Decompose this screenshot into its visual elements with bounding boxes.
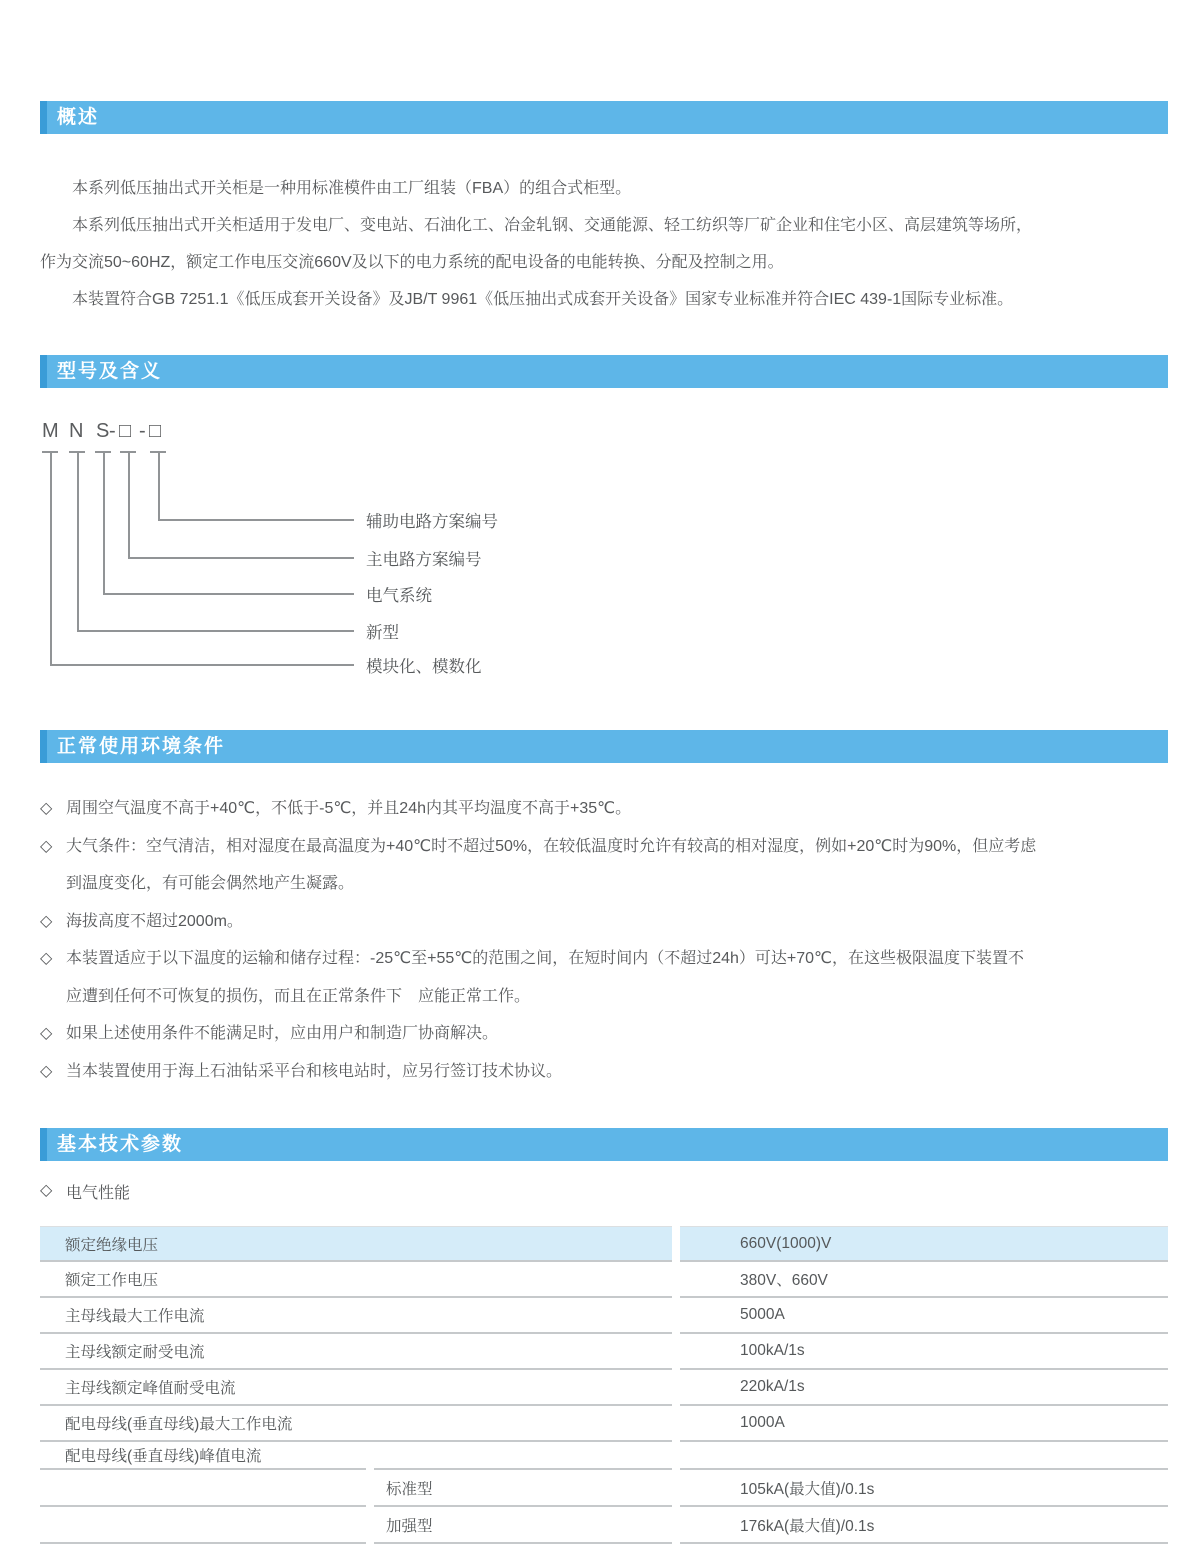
model-label-new-type: 新型 <box>366 619 399 643</box>
param-subtype: 加强型 <box>374 1507 672 1544</box>
table-row: 额定工作电压 380V、660V <box>40 1262 1168 1298</box>
table-row: 主母线最大工作电流 5000A <box>40 1298 1168 1334</box>
paragraph-line: 本系列低压抽出式开关柜是一种用标准模件由工厂组装（FBA）的组合式柜型。 <box>40 170 1165 207</box>
param-label: 主母线额定耐受电流 <box>40 1334 672 1370</box>
header-accent-stripe <box>40 101 47 134</box>
section-title-overview: 概述 <box>57 101 99 134</box>
diamond-bullet-icon: ◇ <box>40 1180 66 1203</box>
header-accent-stripe <box>40 730 47 763</box>
param-value: 105kA(最大值)/0.1s <box>680 1470 1168 1507</box>
electrical-performance-subtitle: ◇ 电气性能 <box>40 1180 130 1203</box>
table-row: 主母线额定峰值耐受电流 220kA/1s <box>40 1370 1168 1406</box>
table-row: 主母线额定耐受电流 100kA/1s <box>40 1334 1168 1370</box>
model-code-char: M <box>42 420 59 443</box>
bullet-text: 当本装置使用于海上石油钻采平台和核电站时，应另行签订技术协议。 <box>66 1053 1167 1091</box>
section-title-parameters: 基本技术参数 <box>57 1128 183 1161</box>
subtitle-text: 电气性能 <box>66 1180 130 1203</box>
param-label <box>40 1470 366 1507</box>
table-row: 配电母线(垂直母线)峰值电流 <box>40 1442 1168 1470</box>
param-label: 额定工作电压 <box>40 1262 672 1298</box>
model-code-char: □ <box>119 420 131 443</box>
env-condition-item: ◇ 如果上述使用条件不能满足时，应由用户和制造厂协商解决。 <box>40 1015 1167 1053</box>
bullet-text: 大气条件：空气清洁，相对湿度在最高温度为+40℃时不超过50%，在较低温度时允许… <box>66 828 1167 866</box>
environment-conditions-list: ◇ 周围空气温度不高于+40℃，不低于-5℃，并且24h内其平均温度不高于+35… <box>40 790 1167 1090</box>
env-condition-item: ◇ 周围空气温度不高于+40℃，不低于-5℃，并且24h内其平均温度不高于+35… <box>40 790 1167 828</box>
bullet-text: 周围空气温度不高于+40℃，不低于-5℃，并且24h内其平均温度不高于+35℃。 <box>66 790 1167 828</box>
header-accent-stripe <box>40 355 47 388</box>
model-label-main-circuit: 主电路方案编号 <box>366 546 482 570</box>
header-accent-stripe <box>40 1128 47 1161</box>
section-header-model: 型号及含义 <box>40 355 1168 388</box>
table-row: 加强型 176kA(最大值)/0.1s <box>40 1507 1168 1544</box>
model-code-char: - <box>109 420 116 443</box>
param-label: 额定绝缘电压 <box>40 1226 672 1262</box>
env-condition-item: ◇ 海拔高度不超过2000m。 <box>40 903 1167 941</box>
overview-paragraphs: 本系列低压抽出式开关柜是一种用标准模件由工厂组装（FBA）的组合式柜型。 本系列… <box>40 170 1165 318</box>
param-value: 220kA/1s <box>680 1370 1168 1406</box>
param-label: 主母线最大工作电流 <box>40 1298 672 1334</box>
parameters-table: 额定绝缘电压 660V(1000)V 额定工作电压 380V、660V 主母线最… <box>40 1226 1168 1544</box>
env-condition-item: ◇ 当本装置使用于海上石油钻采平台和核电站时，应另行签订技术协议。 <box>40 1053 1167 1091</box>
section-title-model: 型号及含义 <box>57 355 162 388</box>
diamond-bullet-icon: ◇ <box>40 790 66 828</box>
paragraph-line: 本系列低压抽出式开关柜适用于发电厂、变电站、石油化工、冶金轧钢、交通能源、轻工纺… <box>40 207 1165 244</box>
section-header-environment: 正常使用环境条件 <box>40 730 1168 763</box>
param-label <box>40 1507 366 1544</box>
param-subtype <box>374 1442 672 1470</box>
table-row: 配电母线(垂直母线)最大工作电流 1000A <box>40 1406 1168 1442</box>
catalog-page: 概述 本系列低压抽出式开关柜是一种用标准模件由工厂组装（FBA）的组合式柜型。 … <box>0 0 1200 1567</box>
table-row: 额定绝缘电压 660V(1000)V <box>40 1226 1168 1262</box>
param-label: 配电母线(垂直母线)峰值电流 <box>40 1442 366 1470</box>
model-code-char: - <box>139 420 146 443</box>
diamond-bullet-icon: ◇ <box>40 828 66 903</box>
bullet-text: 应遭到任何不可恢复的损伤，而且在正常条件下 应能正常工作。 <box>66 978 1167 1016</box>
param-value: 5000A <box>680 1298 1168 1334</box>
model-label-aux-circuit: 辅助电路方案编号 <box>366 508 498 532</box>
param-value: 660V(1000)V <box>680 1226 1168 1262</box>
diamond-bullet-icon: ◇ <box>40 1015 66 1053</box>
env-condition-item: ◇ 大气条件：空气清洁，相对湿度在最高温度为+40℃时不超过50%，在较低温度时… <box>40 828 1167 903</box>
diamond-bullet-icon: ◇ <box>40 903 66 941</box>
param-label: 配电母线(垂直母线)最大工作电流 <box>40 1406 672 1442</box>
env-condition-item: ◇ 本装置适应于以下温度的运输和储存过程：-25℃至+55℃的范围之间，在短时间… <box>40 940 1167 1015</box>
param-value <box>680 1442 1168 1470</box>
paragraph-line: 作为交流50~60HZ，额定工作电压交流660V及以下的电力系统的配电设备的电能… <box>40 244 1165 281</box>
model-label-modular: 模块化、模数化 <box>366 653 482 677</box>
table-row: 标准型 105kA(最大值)/0.1s <box>40 1470 1168 1507</box>
bullet-text: 海拔高度不超过2000m。 <box>66 903 1167 941</box>
model-code-char: N <box>69 420 83 443</box>
section-title-environment: 正常使用环境条件 <box>57 730 225 763</box>
param-value: 100kA/1s <box>680 1334 1168 1370</box>
diamond-bullet-icon: ◇ <box>40 940 66 1015</box>
param-label: 主母线额定峰值耐受电流 <box>40 1370 672 1406</box>
connector-line <box>50 453 354 666</box>
bullet-text: 到温度变化，有可能会偶然地产生凝露。 <box>66 865 1167 903</box>
bullet-text: 如果上述使用条件不能满足时，应由用户和制造厂协商解决。 <box>66 1015 1167 1053</box>
param-value: 1000A <box>680 1406 1168 1442</box>
section-header-parameters: 基本技术参数 <box>40 1128 1168 1161</box>
bullet-text: 本装置适应于以下温度的运输和储存过程：-25℃至+55℃的范围之间，在短时间内（… <box>66 940 1167 978</box>
model-code-char: S <box>96 420 109 443</box>
param-value: 380V、660V <box>680 1262 1168 1298</box>
model-code-char: □ <box>149 420 161 443</box>
diamond-bullet-icon: ◇ <box>40 1053 66 1091</box>
paragraph-line: 本装置符合GB 7251.1《低压成套开关设备》及JB/T 9961《低压抽出式… <box>40 281 1165 318</box>
param-value: 176kA(最大值)/0.1s <box>680 1507 1168 1544</box>
model-label-electric-sys: 电气系统 <box>366 582 432 606</box>
param-subtype: 标准型 <box>374 1470 672 1507</box>
section-header-overview: 概述 <box>40 101 1168 134</box>
